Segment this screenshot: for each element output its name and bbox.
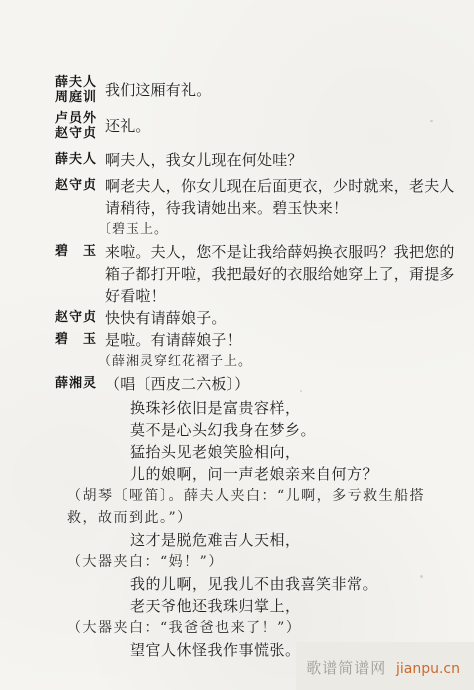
dialogue-text: 来啦。夫人，您不是让我给薛妈换衣服吗？我把您的箱子都打开啦，我把最好的衣服给她穿… xyxy=(105,241,455,307)
watermark-site-name: 歌谱简谱网 xyxy=(306,659,386,677)
site-watermark: 歌谱简谱网 jianpu.cn xyxy=(306,657,460,678)
lyric-line: 莫不是心头幻我身在梦乡。 xyxy=(55,419,454,441)
speaker-name: 赵守贞 xyxy=(55,175,105,197)
speaker-name: 碧 玉 xyxy=(55,241,105,263)
stage-direction: （薛湘灵穿红花褶子上。 xyxy=(55,351,454,373)
script-text-block: 薛夫人周庭训我们这厢有礼。卢员外赵守贞还礼。薛夫人啊夫人，我女儿现在何处哇？赵守… xyxy=(55,75,454,661)
lyric-line: 老天爷他还我珠归掌上， xyxy=(55,595,454,617)
interjection-direction: （大器夹白：“妈！”） xyxy=(55,551,454,573)
lyric-line: 这才是脱危难吉人天相， xyxy=(55,529,454,551)
scanned-script-page: 薛夫人周庭训我们这厢有礼。卢员外赵守贞还礼。薛夫人啊夫人，我女儿现在何处哇？赵守… xyxy=(0,0,474,690)
speaker-name: 碧 玉 xyxy=(55,329,105,351)
speaker-name: 薛湘灵 xyxy=(55,373,105,395)
stage-direction: 〔碧玉上。 xyxy=(55,219,454,241)
dialogue-text: 快快有请薛娘子。 xyxy=(105,307,227,329)
lyric-line: 换珠衫依旧是富贵容样， xyxy=(55,397,454,419)
dialogue-text: 我们这厢有礼。 xyxy=(105,79,211,101)
dialogue-row: 赵守贞啊老夫人，你女儿现在后面更衣，少时就来，老夫人请稍待，待我请她出来。碧玉快… xyxy=(55,175,454,219)
dialogue-row: 碧 玉来啦。夫人，您不是让我给薛妈换衣服吗？我把您的箱子都打开啦，我把最好的衣服… xyxy=(55,241,454,307)
dialogue-text: 啊老夫人，你女儿现在后面更衣，少时就来，老夫人请稍待，待我请她出来。碧玉快来！ xyxy=(105,175,455,219)
dialogue-text: 啊夫人，我女儿现在何处哇？ xyxy=(105,149,303,171)
speaker-name: 赵守贞 xyxy=(55,307,105,329)
dialogue-row: 薛夫人周庭训我们这厢有礼。 xyxy=(55,75,454,105)
interjection-direction: （胡琴〔哑笛〕。薛夫人夹白：“儿啊，多亏救生船搭救，故而到此。”） xyxy=(55,485,454,529)
dialogue-text: 是啦。有请薛娘子！ xyxy=(105,329,242,351)
lyric-line: 猛抬头见老娘笑脸相向， xyxy=(55,441,454,463)
lyric-line: 我的儿啊，见我儿不由我喜笑非常。 xyxy=(55,573,454,595)
scan-speck xyxy=(300,390,302,392)
watermark-site-url: jianpu.cn xyxy=(396,661,460,677)
interjection-direction: （大器夹白：“我爸爸也来了！”） xyxy=(55,617,454,639)
scan-speck xyxy=(420,575,423,578)
dialogue-text: 还礼。 xyxy=(105,115,151,137)
dialogue-row: 薛夫人啊夫人，我女儿现在何处哇？ xyxy=(55,149,454,171)
dialogue-row: 薛湘灵（唱〔西皮二六板〕） xyxy=(55,373,454,395)
dialogue-text: （唱〔西皮二六板〕） xyxy=(105,373,250,395)
lyric-line: 儿的娘啊，问一声老娘亲来自何方？ xyxy=(55,463,454,485)
speaker-name: 薛夫人周庭训 xyxy=(55,75,105,105)
dialogue-row: 碧 玉是啦。有请薛娘子！ xyxy=(55,329,454,351)
speaker-name: 卢员外赵守贞 xyxy=(55,111,105,141)
scan-speck xyxy=(430,120,433,122)
dialogue-row: 赵守贞快快有请薛娘子。 xyxy=(55,307,454,329)
speaker-name: 薛夫人 xyxy=(55,149,105,171)
dialogue-row: 卢员外赵守贞还礼。 xyxy=(55,111,454,141)
